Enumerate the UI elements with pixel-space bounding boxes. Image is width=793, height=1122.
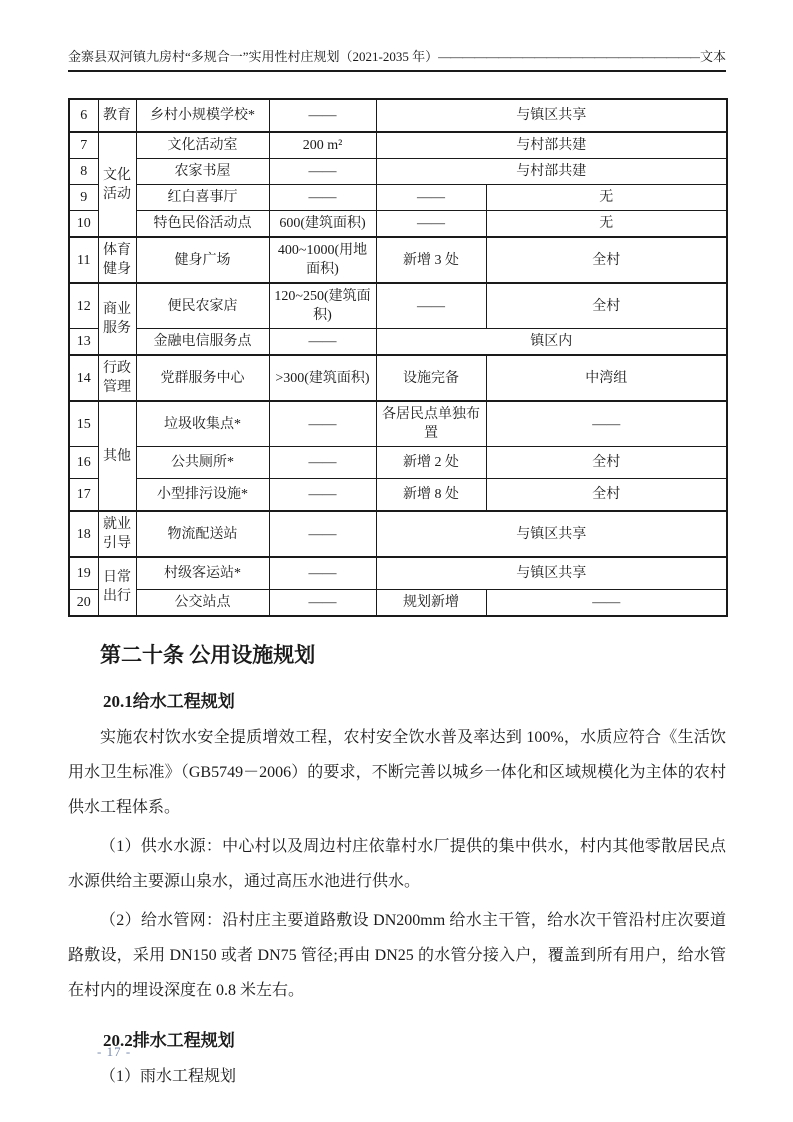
cell-facility: 特色民俗活动点 (136, 211, 269, 238)
subsection-heading-water-supply: 20.1给水工程规划 (68, 690, 726, 714)
paragraph-water-pipes: （2）给水管网：沿村庄主要道路敷设 DN200mm 给水主干管，给水次干管沿村庄… (68, 903, 726, 1008)
cell-location: 无 (486, 185, 727, 211)
cell-category: 商业服务 (98, 283, 136, 355)
cell-category: 文化活动 (98, 132, 136, 237)
cell-impl: —— (376, 185, 486, 211)
cell-scale: —— (269, 557, 376, 590)
cell-location: 全村 (486, 447, 727, 479)
paragraph-water-source: （1）供水水源：中心村以及周边村庄依靠村水厂提供的集中供水，村内其他零散居民点水… (68, 829, 726, 899)
cell-facility: 便民农家店 (136, 283, 269, 329)
cell-no: 9 (69, 185, 98, 211)
cell-no: 15 (69, 401, 98, 447)
cell-no: 17 (69, 479, 98, 512)
cell-facility: 金融电信服务点 (136, 329, 269, 356)
cell-facility: 红白喜事厅 (136, 185, 269, 211)
document-page: 金寨县双河镇九房村“多规合一”实用性村庄规划（2021-2035 年） ————… (0, 0, 793, 1122)
cell-facility: 公共厕所* (136, 447, 269, 479)
cell-no: 8 (69, 159, 98, 185)
table-row: 17 小型排污设施* —— 新增 8 处 全村 (69, 479, 727, 512)
table-row: 19 日常出行 村级客运站* —— 与镇区共享 (69, 557, 727, 590)
cell-impl: —— (376, 283, 486, 329)
cell-scale: —— (269, 590, 376, 617)
cell-facility: 村级客运站* (136, 557, 269, 590)
cell-facility: 农家书屋 (136, 159, 269, 185)
table-row: 6 教育 乡村小规模学校* —— 与镇区共享 (69, 99, 727, 132)
cell-facility: 小型排污设施* (136, 479, 269, 512)
cell-scale: —— (269, 185, 376, 211)
facilities-table: 6 教育 乡村小规模学校* —— 与镇区共享 7 文化活动 文化活动室 200 … (68, 98, 728, 617)
header-doc-type: 文本 (700, 48, 726, 65)
table-row: 18 就业引导 物流配送站 —— 与镇区共享 (69, 511, 727, 557)
cell-facility: 文化活动室 (136, 132, 269, 159)
cell-scale: 600(建筑面积) (269, 211, 376, 238)
cell-scale: —— (269, 479, 376, 512)
cell-scale: —— (269, 329, 376, 356)
table-row: 11 体育健身 健身广场 400~1000(用地面积) 新增 3 处 全村 (69, 237, 727, 283)
subsection-heading-drainage: 20.2排水工程规划 (68, 1029, 726, 1053)
cell-location: 中湾组 (486, 355, 727, 401)
cell-scale: —— (269, 511, 376, 557)
cell-no: 20 (69, 590, 98, 617)
cell-impl: 设施完备 (376, 355, 486, 401)
table-row: 14 行政管理 党群服务中心 >300(建筑面积) 设施完备 中湾组 (69, 355, 727, 401)
cell-impl: 各居民点单独布置 (376, 401, 486, 447)
cell-impl: 新增 2 处 (376, 447, 486, 479)
cell-scale: —— (269, 401, 376, 447)
cell-no: 14 (69, 355, 98, 401)
table-row: 12 商业服务 便民农家店 120~250(建筑面积) —— 全村 (69, 283, 727, 329)
cell-facility: 党群服务中心 (136, 355, 269, 401)
cell-no: 18 (69, 511, 98, 557)
cell-impl: 规划新增 (376, 590, 486, 617)
table-row: 9 红白喜事厅 —— —— 无 (69, 185, 727, 211)
cell-category: 其他 (98, 401, 136, 511)
table-row: 16 公共厕所* —— 新增 2 处 全村 (69, 447, 727, 479)
cell-no: 10 (69, 211, 98, 238)
cell-merged: 与镇区共享 (376, 511, 727, 557)
cell-merged: 与镇区共享 (376, 557, 727, 590)
table-row: 7 文化活动 文化活动室 200 m² 与村部共建 (69, 132, 727, 159)
page-header: 金寨县双河镇九房村“多规合一”实用性村庄规划（2021-2035 年） ————… (68, 0, 726, 72)
header-title: 金寨县双河镇九房村“多规合一”实用性村庄规划（2021-2035 年） (68, 48, 438, 65)
cell-location: 全村 (486, 479, 727, 512)
cell-no: 12 (69, 283, 98, 329)
cell-no: 6 (69, 99, 98, 132)
cell-facility: 物流配送站 (136, 511, 269, 557)
cell-facility: 垃圾收集点* (136, 401, 269, 447)
cell-category: 就业引导 (98, 511, 136, 557)
table-row: 8 农家书屋 —— 与村部共建 (69, 159, 727, 185)
cell-location: 无 (486, 211, 727, 238)
cell-facility: 健身广场 (136, 237, 269, 283)
cell-facility: 公交站点 (136, 590, 269, 617)
table-row: 10 特色民俗活动点 600(建筑面积) —— 无 (69, 211, 727, 238)
cell-merged: 与村部共建 (376, 132, 727, 159)
cell-category: 日常出行 (98, 557, 136, 616)
cell-location: 全村 (486, 283, 727, 329)
cell-scale: —— (269, 99, 376, 132)
cell-impl: 新增 8 处 (376, 479, 486, 512)
table-row: 15 其他 垃圾收集点* —— 各居民点单独布置 —— (69, 401, 727, 447)
cell-location: 全村 (486, 237, 727, 283)
cell-scale: —— (269, 447, 376, 479)
cell-location: —— (486, 590, 727, 617)
table-row: 20 公交站点 —— 规划新增 —— (69, 590, 727, 617)
header-dash-filler: —————————————————————————— (438, 48, 700, 65)
cell-scale: >300(建筑面积) (269, 355, 376, 401)
cell-category: 体育健身 (98, 237, 136, 283)
paragraph-rainwater-heading: （1）雨水工程规划 (68, 1059, 726, 1094)
cell-location: —— (486, 401, 727, 447)
cell-scale: 400~1000(用地面积) (269, 237, 376, 283)
cell-merged: 与镇区共享 (376, 99, 727, 132)
section-heading: 第二十条 公用设施规划 (68, 641, 726, 669)
cell-category: 教育 (98, 99, 136, 132)
cell-impl: 新增 3 处 (376, 237, 486, 283)
cell-no: 7 (69, 132, 98, 159)
cell-scale: —— (269, 159, 376, 185)
paragraph-water-supply-intro: 实施农村饮水安全提质增效工程，农村安全饮水普及率达到 100%，水质应符合《生活… (68, 720, 726, 825)
cell-category: 行政管理 (98, 355, 136, 401)
cell-no: 11 (69, 237, 98, 283)
cell-no: 19 (69, 557, 98, 590)
table-row: 13 金融电信服务点 —— 镇区内 (69, 329, 727, 356)
cell-impl: —— (376, 211, 486, 238)
cell-scale: 120~250(建筑面积) (269, 283, 376, 329)
cell-scale: 200 m² (269, 132, 376, 159)
cell-no: 13 (69, 329, 98, 356)
cell-facility: 乡村小规模学校* (136, 99, 269, 132)
cell-merged: 镇区内 (376, 329, 727, 356)
cell-no: 16 (69, 447, 98, 479)
page-number: - 17 - (97, 1044, 131, 1060)
cell-merged: 与村部共建 (376, 159, 727, 185)
